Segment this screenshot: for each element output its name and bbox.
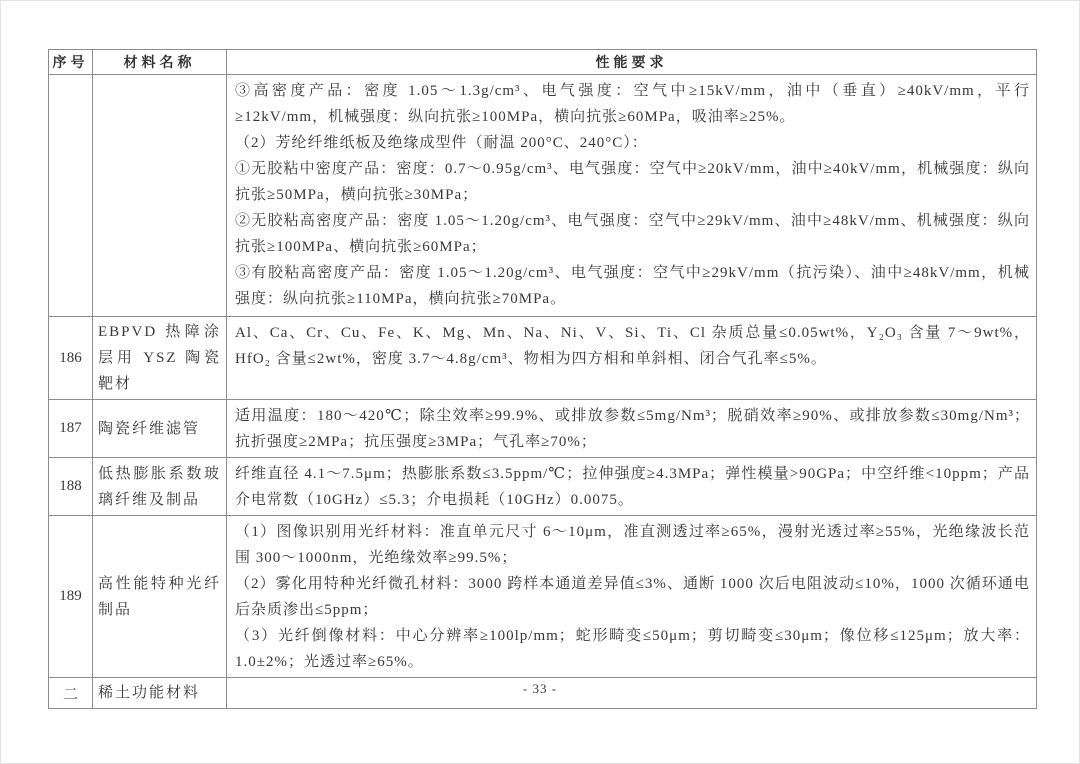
requirement-paragraph: （1）图像识别用光纤材料：准直单元尺寸 6～10μm，准直测透过率≥65%，漫射…: [235, 519, 1030, 571]
requirement-paragraph: 适用温度：180～420℃；除尘效率≥99.9%、或排放参数≤5mg/Nm³；脱…: [235, 403, 1030, 455]
table-row-188: 188 低热膨胀系数玻璃纤维及制品 纤维直径 4.1～7.5μm；热膨胀系数≤3…: [49, 458, 1037, 516]
requirement-paragraph: Al、Ca、Cr、Cu、Fe、K、Mg、Mn、Na、Ni、V、Si、Ti、Cl …: [235, 320, 1030, 372]
material-name-cell: EBPVD 热障涂层用 YSZ 陶瓷靶材: [93, 317, 227, 400]
requirements-cell: 适用温度：180～420℃；除尘效率≥99.9%、或排放参数≤5mg/Nm³；脱…: [227, 400, 1037, 458]
requirement-paragraph: （2）芳纶纤维纸板及绝缘成型件（耐温 200°C、240°C）：: [235, 130, 1030, 156]
requirement-paragraph: ②无胶粘高密度产品：密度 1.05～1.20g/cm³、电气强度：空气中≥29k…: [235, 208, 1030, 260]
serial-number-cell: 187: [49, 400, 93, 458]
table-row-187: 187 陶瓷纤维滤管 适用温度：180～420℃；除尘效率≥99.9%、或排放参…: [49, 400, 1037, 458]
requirement-paragraph: （3）光纤倒像材料：中心分辨率≥100lp/mm；蛇形畸变≤50μm；剪切畸变≤…: [235, 623, 1030, 675]
header-performance-requirements: 性能要求: [227, 50, 1037, 75]
requirements-cell: ③高密度产品：密度 1.05～1.3g/cm³、电气强度：空气中≥15kV/mm…: [227, 75, 1037, 317]
table-row-186: 186 EBPVD 热障涂层用 YSZ 陶瓷靶材 Al、Ca、Cr、Cu、Fe、…: [49, 317, 1037, 400]
header-serial-number: 序号: [49, 50, 93, 75]
page-number: - 33 -: [1, 681, 1079, 697]
requirement-paragraph: ③有胶粘高密度产品：密度 1.05～1.20g/cm³、电气强度：空气中≥29k…: [235, 260, 1030, 312]
serial-number-cell: 186: [49, 317, 93, 400]
table-header-row: 序号 材料名称 性能要求: [49, 50, 1037, 75]
materials-spec-table: 序号 材料名称 性能要求 ③高密度产品：密度 1.05～1.3g/cm³、电气强…: [48, 49, 1037, 709]
material-name-cell: [93, 75, 227, 317]
material-name-cell: 高性能特种光纤制品: [93, 516, 227, 678]
requirement-paragraph: ①无胶粘中密度产品：密度：0.7～0.95g/cm³、电气强度：空气中≥20kV…: [235, 156, 1030, 208]
document-page: 序号 材料名称 性能要求 ③高密度产品：密度 1.05～1.3g/cm³、电气强…: [0, 0, 1080, 764]
requirements-cell: （1）图像识别用光纤材料：准直单元尺寸 6～10μm，准直测透过率≥65%，漫射…: [227, 516, 1037, 678]
table-row-189: 189 高性能特种光纤制品 （1）图像识别用光纤材料：准直单元尺寸 6～10μm…: [49, 516, 1037, 678]
requirement-paragraph: 纤维直径 4.1～7.5μm；热膨胀系数≤3.5ppm/℃；拉伸强度≥4.3MP…: [235, 461, 1030, 513]
requirements-cell: Al、Ca、Cr、Cu、Fe、K、Mg、Mn、Na、Ni、V、Si、Ti、Cl …: [227, 317, 1037, 400]
serial-number-cell: 189: [49, 516, 93, 678]
requirements-cell: 纤维直径 4.1～7.5μm；热膨胀系数≤3.5ppm/℃；拉伸强度≥4.3MP…: [227, 458, 1037, 516]
material-name-cell: 陶瓷纤维滤管: [93, 400, 227, 458]
requirement-paragraph: （2）雾化用特种光纤微孔材料：3000 跨样本通道差异值≤3%、通断 1000 …: [235, 571, 1030, 623]
header-material-name: 材料名称: [93, 50, 227, 75]
material-name-cell: 低热膨胀系数玻璃纤维及制品: [93, 458, 227, 516]
serial-number-cell: 188: [49, 458, 93, 516]
requirement-paragraph: ③高密度产品：密度 1.05～1.3g/cm³、电气强度：空气中≥15kV/mm…: [235, 78, 1030, 130]
table-row-continuation: ③高密度产品：密度 1.05～1.3g/cm³、电气强度：空气中≥15kV/mm…: [49, 75, 1037, 317]
serial-number-cell: [49, 75, 93, 317]
